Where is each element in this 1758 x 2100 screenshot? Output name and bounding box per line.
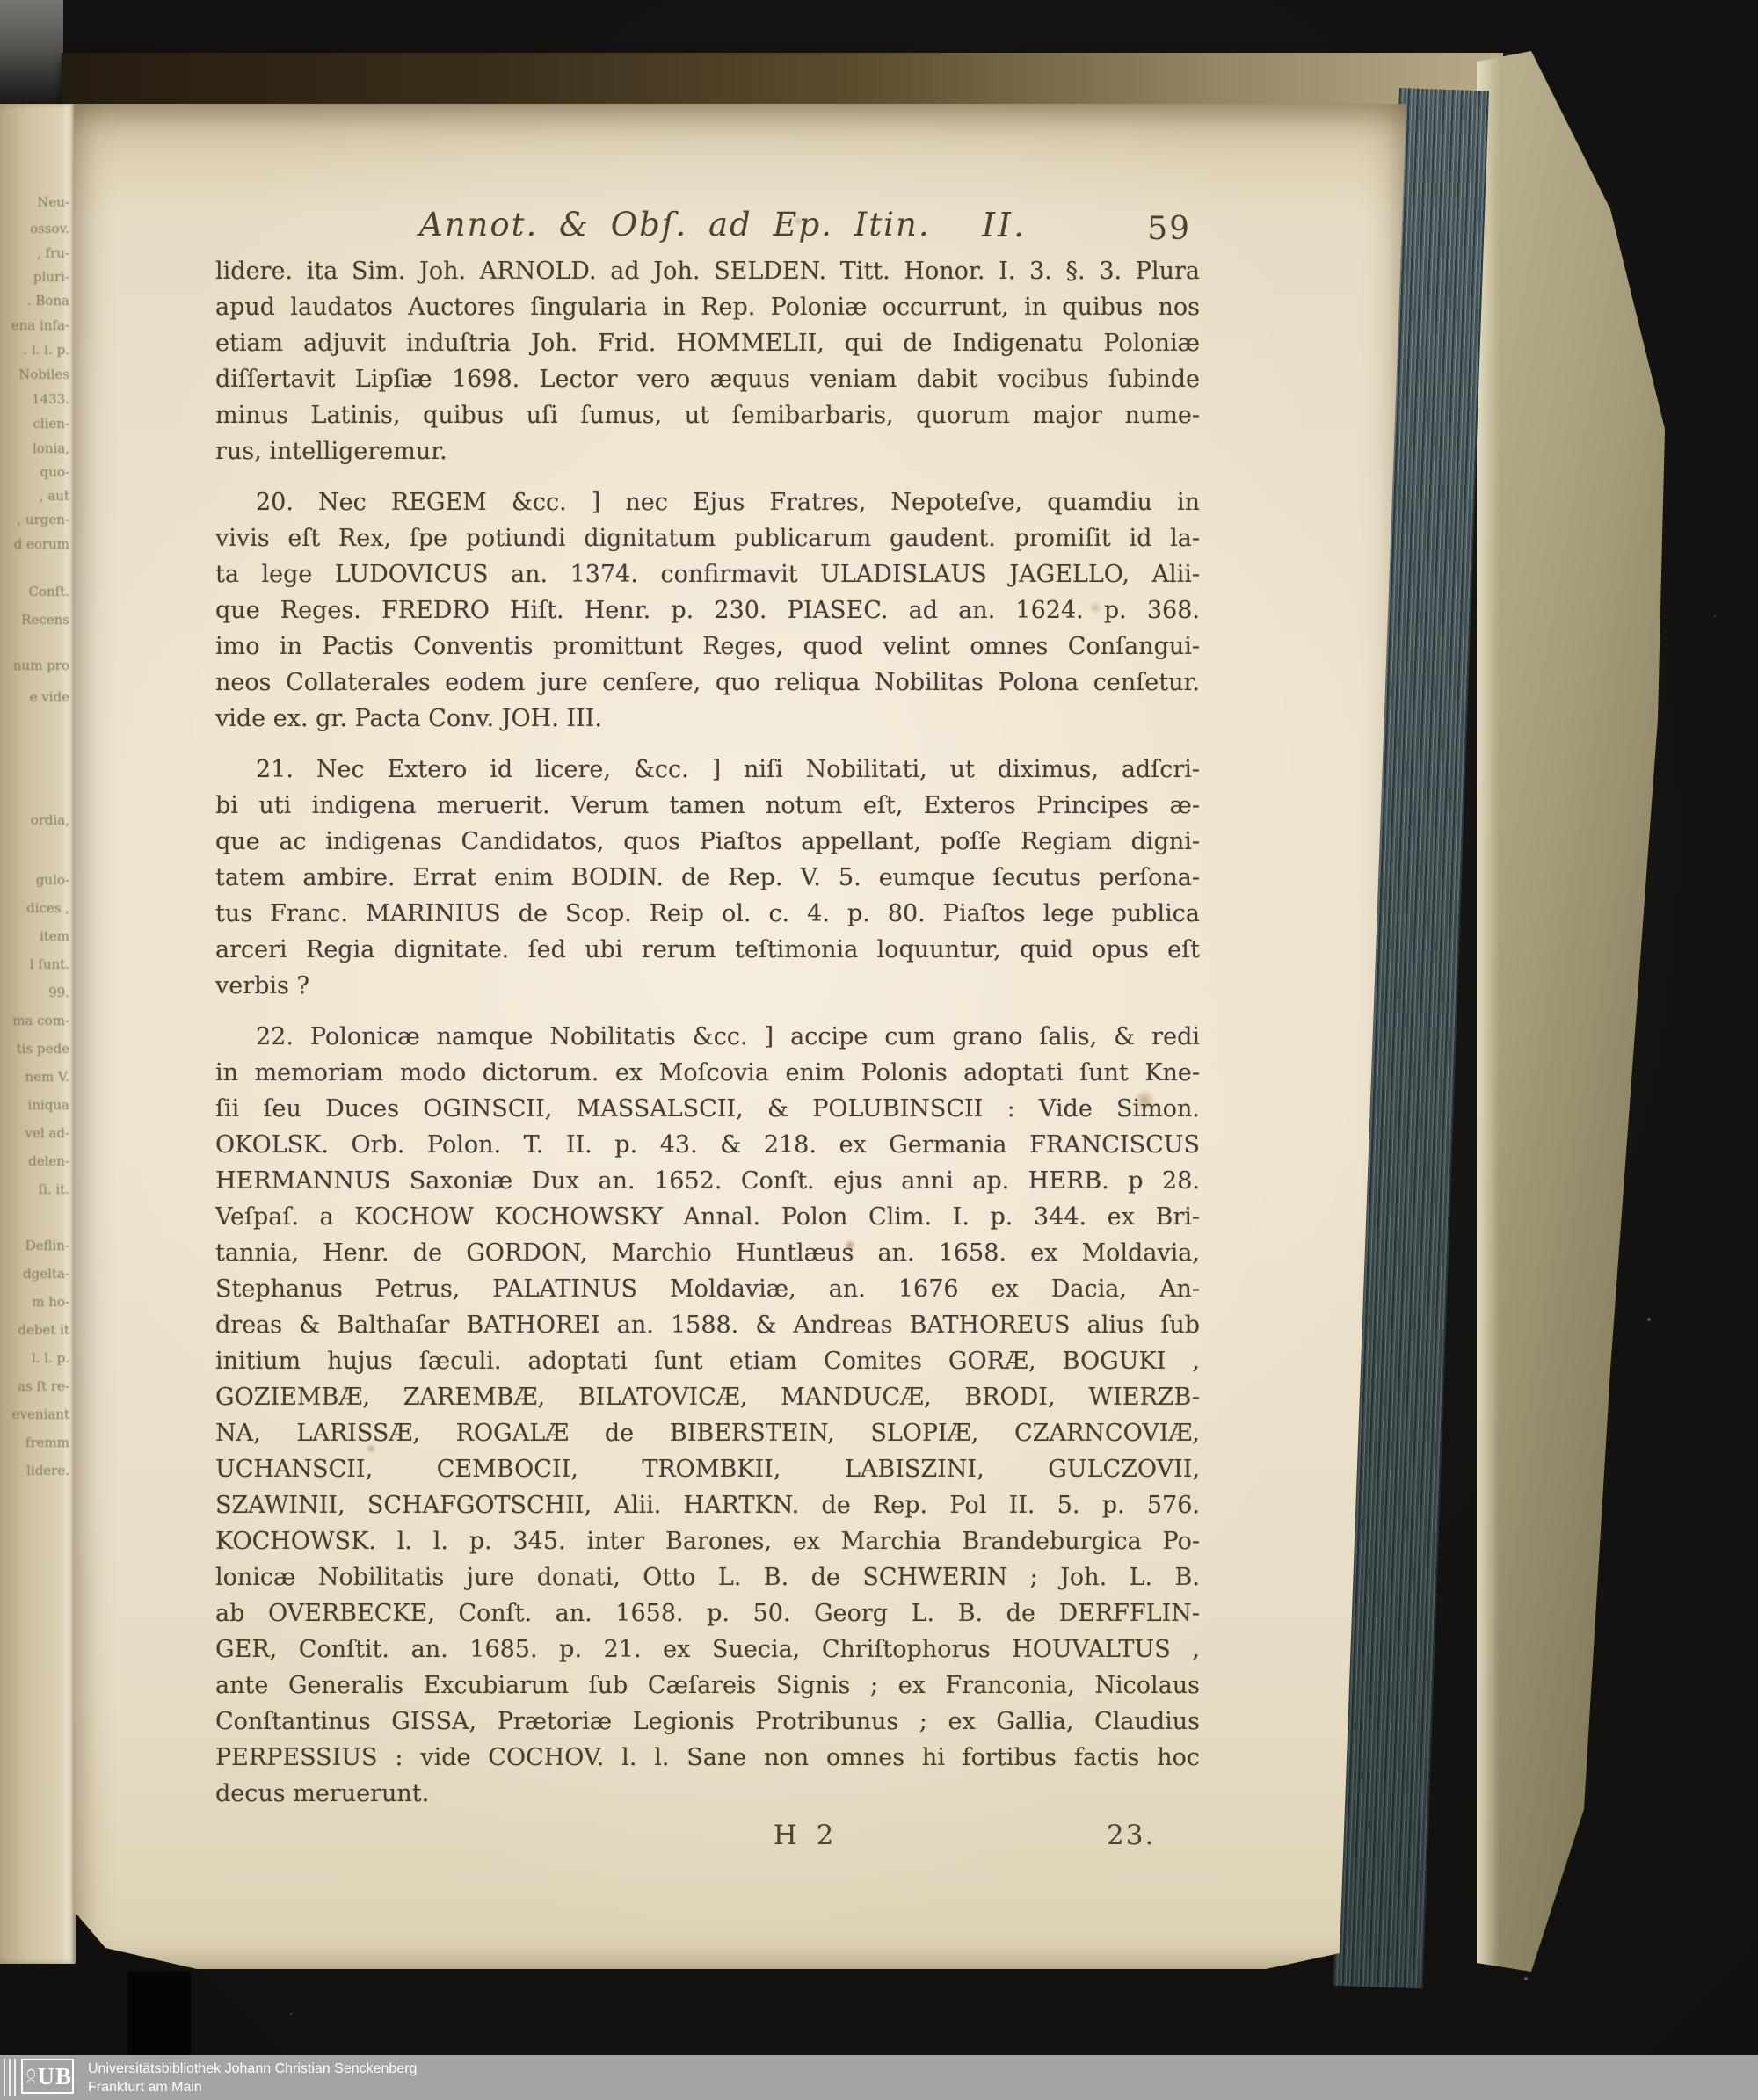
facing-text-fragment: quo- — [0, 464, 76, 480]
text-line: ſii ſeu Duces OGINSCII, MASSALSCII, & PO… — [215, 1091, 1200, 1127]
facing-text-fragment: 99. — [0, 985, 76, 1000]
text-line: minus Latinis, quibus uſi ſumus, ut ſemi… — [215, 397, 1200, 433]
facing-text-fragment: clien- — [0, 416, 76, 432]
text-line: tatem ambire. Errat enim BODIN. de Rep. … — [215, 860, 1200, 896]
text-line: vide ex. gr. Pacta Conv. JOH. III. — [215, 701, 1200, 737]
facing-text-fragment: Nobiles — [0, 367, 76, 382]
facing-text-fragment: l ſunt. — [0, 956, 76, 972]
facing-text-fragment: 1433. — [0, 391, 76, 407]
book-cover-edge — [0, 0, 63, 107]
facing-text-fragment: , urgen- — [0, 512, 76, 527]
facing-text-fragment: pluri- — [0, 269, 76, 285]
facing-text-fragment: , aut — [0, 488, 76, 504]
text-line: HERMANNUS Saxoniæ Dux an. 1652. Conſt. e… — [215, 1163, 1200, 1199]
text-line: lidere. ita Sim. Joh. ARNOLD. ad Joh. SE… — [215, 253, 1200, 289]
facing-text-fragment: d eorum — [0, 536, 76, 552]
library-name-line2: Frankfurt am Main — [88, 2078, 417, 2096]
facing-text-fragment: e vide — [0, 689, 76, 705]
running-head-chapter: II. — [982, 206, 1027, 244]
text-line: rus, intelligeremur. — [215, 433, 1200, 469]
facing-text-fragment: fremm — [0, 1435, 76, 1450]
facing-text-fragment: as ſt re- — [0, 1378, 76, 1394]
facing-text-fragment: iniqua — [0, 1097, 76, 1113]
text-line: 21. Nec Extero id licere, &cc. ] niſi No… — [215, 752, 1200, 788]
text-line: Stephanus Petrus, PALATINUS Moldaviæ, an… — [215, 1271, 1200, 1307]
scanned-page: Annot. & Obſ. ad Ep. Itin. II. 59 lidere… — [74, 104, 1406, 1973]
cover-flap — [1477, 51, 1674, 2020]
text-line: diſſertavit Lipſiæ 1698. Lector vero æqu… — [215, 361, 1200, 397]
facing-text-fragment: lonia, — [0, 440, 76, 456]
facing-text-fragment: nem V. — [0, 1069, 76, 1085]
text-line: neos Collaterales eodem jure cenſere, qu… — [215, 665, 1200, 701]
facing-text-fragment: ordia, — [0, 812, 76, 828]
facing-text-fragment: . l. l. p. — [0, 342, 76, 358]
facing-text-fragment: ena infa- — [0, 317, 76, 333]
text-line: ta lege LUDOVICUS an. 1374. confirmavit … — [215, 556, 1200, 592]
text-line: SZAWINII, SCHAFGOTSCHII, Alii. HARTKN. d… — [215, 1487, 1200, 1523]
facing-text-fragment: Recens — [0, 612, 76, 628]
facing-text-fragment: tis pede — [0, 1041, 76, 1057]
text-line: lonicæ Nobilitatis jure donati, Otto L. … — [215, 1559, 1200, 1595]
text-line: arceri Regia dignitate. ſed ubi rerum te… — [215, 932, 1200, 968]
text-line: GER, Conſtit. an. 1685. p. 21. ex Suecia… — [215, 1631, 1200, 1668]
facing-text-fragment: num pro — [0, 658, 76, 673]
text-line: OKOLSK. Orb. Polon. T. II. p. 43. & 218.… — [215, 1127, 1200, 1163]
text-line: tannia, Henr. de GORDON, Marchio Huntlæu… — [215, 1235, 1200, 1271]
facing-text-fragment: m ho- — [0, 1294, 76, 1310]
text-line: Conſtantinus GISSA, Prætoriæ Legionis Pr… — [215, 1704, 1200, 1740]
text-line: initium hujus ſæculi. adoptati ſunt etia… — [215, 1343, 1200, 1379]
text-line: bi uti indigena meruerit. Verum tamen no… — [215, 788, 1200, 824]
page-number: 59 — [1147, 211, 1191, 247]
binding-shadow — [127, 1971, 191, 2059]
logo-text: UB — [37, 2060, 72, 2092]
facing-text-fragment: ſi. it. — [0, 1181, 76, 1197]
text-line: KOCHOWSK. l. l. p. 345. inter Barones, e… — [215, 1523, 1200, 1559]
running-head-title: Annot. & Obſ. ad Ep. Itin. — [419, 206, 931, 243]
text-line: vivis eſt Rex, ſpe potiundi dignitatum p… — [215, 520, 1200, 556]
facing-page-edge: Neu-ossov., fru-pluri-. Bonaena infa-. l… — [0, 104, 76, 1964]
library-watermark-bar: UB Universitätsbibliothek Johann Christi… — [0, 2055, 1758, 2100]
facing-text-fragment: ma com- — [0, 1013, 76, 1028]
catchword: 23. — [1107, 1820, 1155, 1851]
paragraph: 22. Polonicæ namque Nobilitatis &cc. ] a… — [215, 1019, 1200, 1812]
text-line: ante Generalis Excubiarum ſub Cæſareis S… — [215, 1668, 1200, 1704]
signature-mark: H 2 — [736, 1820, 876, 1851]
facing-text-fragment: Conſt. — [0, 584, 76, 599]
text-line: que Reges. FREDRO Hiſt. Henr. p. 230. PI… — [215, 592, 1200, 629]
logo-book-lines-icon — [4, 2059, 19, 2096]
running-head: Annot. & Obſ. ad Ep. Itin. II. 59 — [215, 206, 1200, 251]
text-line: dreas & Balthaſar BATHOREI an. 1588. & A… — [215, 1307, 1200, 1343]
paragraph: lidere. ita Sim. Joh. ARNOLD. ad Joh. SE… — [215, 253, 1200, 469]
text-line: ab OVERBECKE, Conſt. an. 1658. p. 50. Ge… — [215, 1595, 1200, 1631]
facing-text-fragment: eveniant — [0, 1406, 76, 1422]
text-line: verbis ? — [215, 968, 1200, 1004]
text-line: NA, LARISSÆ, ROGALÆ de BIBERSTEIN, SLOPI… — [215, 1415, 1200, 1451]
facing-text-fragment: , fru- — [0, 245, 76, 261]
facing-text-fragment: Neu- — [0, 194, 76, 210]
book-cover-top-strip — [62, 53, 1503, 105]
text-line: que ac indigenas Candidatos, quos Piaſto… — [215, 824, 1200, 860]
paragraph: 21. Nec Extero id licere, &cc. ] niſi No… — [215, 752, 1200, 1004]
text-line: tus Franc. MARINIUS de Scop. Reip ol. c.… — [215, 896, 1200, 932]
text-line: 20. Nec REGEM &cc. ] nec Ejus Fratres, N… — [215, 484, 1200, 520]
facing-text-fragment: . Bona — [0, 293, 76, 309]
facing-text-fragment: debet it — [0, 1322, 76, 1338]
text-line: in memoriam modo dictorum. ex Moſcovia e… — [215, 1055, 1200, 1091]
text-line: PERPESSIUS : vide COCHOV. l. l. Sane non… — [215, 1740, 1200, 1776]
text-line: Veſpaſ. a KOCHOW KOCHOWSKY Annal. Polon … — [215, 1199, 1200, 1235]
text-line: apud laudatos Auctores ſingularia in Rep… — [215, 289, 1200, 325]
facing-text-fragment: ossov. — [0, 221, 76, 236]
facing-text-fragment: Deflin- — [0, 1238, 76, 1253]
facing-text-fragment: delen- — [0, 1153, 76, 1169]
library-name-line1: Universitätsbibliothek Johann Christian … — [88, 2060, 417, 2078]
facing-text-fragment: dgelta- — [0, 1266, 76, 1282]
text-line: decus meruerunt. — [215, 1776, 1200, 1812]
text-line: GOZIEMBÆ, ZAREMBÆ, BILATOVICÆ, MANDUCÆ, … — [215, 1379, 1200, 1415]
facing-text-fragment: vel ad- — [0, 1125, 76, 1141]
cover-flap-highlight — [1477, 51, 1500, 2020]
text-line: imo in Pactis Conventis promittunt Reges… — [215, 629, 1200, 665]
facing-text-fragment: l. l. p. — [0, 1350, 76, 1366]
paragraph: 20. Nec REGEM &cc. ] nec Ejus Fratres, N… — [215, 484, 1200, 737]
facing-text-fragment: gulo- — [0, 872, 76, 888]
page-foot: H 2 23. — [215, 1820, 1200, 1860]
facing-text-fragment: lidere. — [0, 1463, 76, 1479]
facing-text-fragment: dices , — [0, 900, 76, 916]
body-text: lidere. ita Sim. Joh. ARNOLD. ad Joh. SE… — [215, 253, 1200, 1812]
text-line: UCHANSCII, CEMBOCII, TROMBKII, LABISZINI… — [215, 1451, 1200, 1487]
text-line: 22. Polonicæ namque Nobilitatis &cc. ] a… — [215, 1019, 1200, 1055]
scan-viewport: Neu-ossov., fru-pluri-. Bonaena infa-. l… — [0, 0, 1758, 2100]
text-line: etiam adjuvit induſtria Joh. Frid. HOMME… — [215, 325, 1200, 361]
library-name: Universitätsbibliothek Johann Christian … — [88, 2060, 417, 2096]
library-logo: UB — [21, 2059, 74, 2094]
portrait-icon — [25, 2062, 37, 2090]
facing-text-fragment: item — [0, 928, 76, 944]
